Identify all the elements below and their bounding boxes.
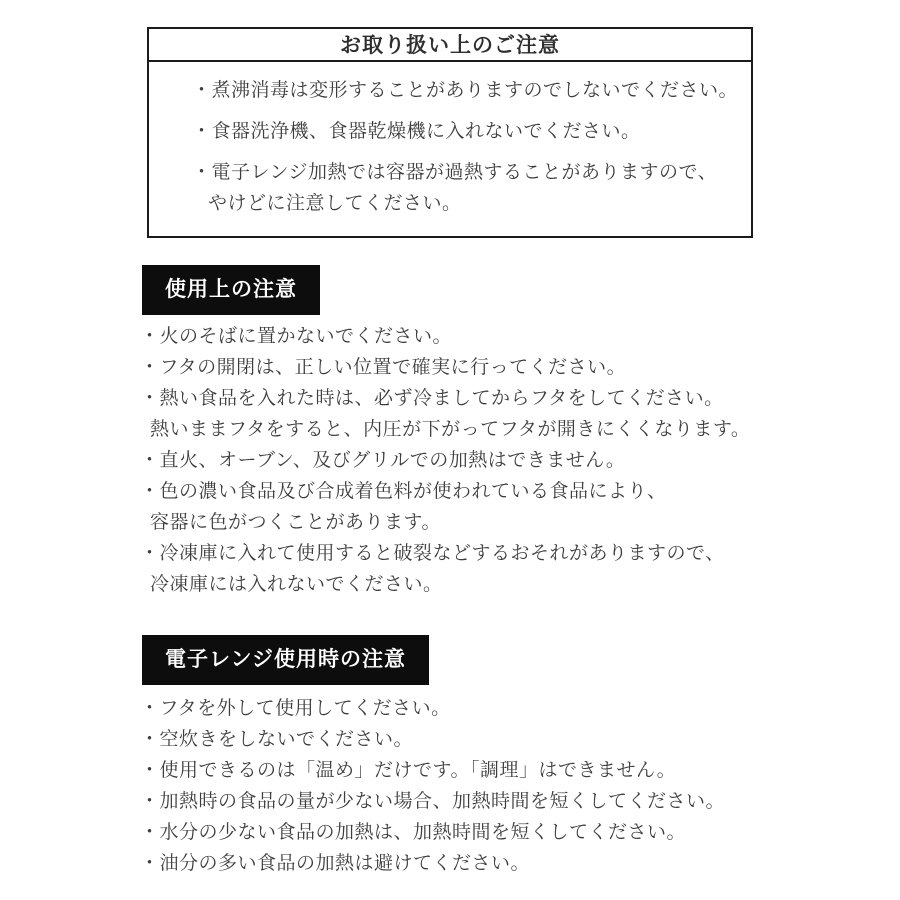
list-item: ・熱い食品を入れた時は、必ず冷ましてからフタをしてください。 熱いままフタをする…	[140, 383, 780, 445]
list-item-line: ・加熱時の食品の量が少ない場合、加熱時間を短くしてください。	[140, 786, 780, 817]
usage-notice-list: ・火のそばに置かないでください。 ・フタの開閉は、正しい位置で確実に行ってくださ…	[140, 321, 780, 600]
list-item-line: ・水分の少ない食品の加熱は、加熱時間を短くしてください。	[140, 817, 780, 848]
list-item-line: ・使用できるのは「温め」だけです。「調理」はできません。	[140, 755, 780, 786]
list-item: ・直火、オーブン、及びグリルでの加熱はできません。	[140, 445, 780, 476]
list-item: ・油分の多い食品の加熱は避けてください。	[140, 848, 780, 879]
list-item-line: ・空炊きをしないでください。	[140, 724, 780, 755]
list-item: ・冷凍庫に入れて使用すると破裂などするおそれがありますので、 冷凍庫には入れない…	[140, 538, 780, 600]
handling-caution-box: お取り扱い上のご注意 ・煮沸消毒は変形することがありますのでしないでください。 …	[147, 27, 753, 238]
list-item-line-continuation: 冷凍庫には入れないでください。	[140, 569, 780, 600]
list-item-line: ・煮沸消毒は変形することがありますのでしないでください。	[192, 75, 733, 106]
list-item-line: ・冷凍庫に入れて使用すると破裂などするおそれがありますので、	[140, 538, 780, 569]
list-item: ・加熱時の食品の量が少ない場合、加熱時間を短くしてください。	[140, 786, 780, 817]
list-item-line: ・フタの開閉は、正しい位置で確実に行ってください。	[140, 352, 780, 383]
list-item: ・電子レンジ加熱では容器が過熱することがありますので、 やけどに注意してください…	[192, 157, 733, 219]
list-item-line-continuation: 熱いままフタをすると、内圧が下がってフタが開きにくくなります。	[140, 414, 780, 445]
list-item: ・フタを外して使用してください。	[140, 693, 780, 724]
usage-section-label: 使用上の注意	[142, 265, 320, 315]
list-item: ・火のそばに置かないでください。	[140, 321, 780, 352]
list-item: ・使用できるのは「温め」だけです。「調理」はできません。	[140, 755, 780, 786]
list-item: ・食器洗浄機、食器乾燥機に入れないでください。	[192, 116, 733, 147]
list-item-line: ・フタを外して使用してください。	[140, 693, 780, 724]
microwave-section-label: 電子レンジ使用時の注意	[142, 635, 429, 685]
list-item-line: ・油分の多い食品の加熱は避けてください。	[140, 848, 780, 879]
list-item: ・水分の少ない食品の加熱は、加熱時間を短くしてください。	[140, 817, 780, 848]
list-item: ・フタの開閉は、正しい位置で確実に行ってください。	[140, 352, 780, 383]
handling-box-body: ・煮沸消毒は変形することがありますのでしないでください。 ・食器洗浄機、食器乾燥…	[149, 62, 751, 219]
list-item: ・煮沸消毒は変形することがありますのでしないでください。	[192, 75, 733, 106]
handling-box-title: お取り扱い上のご注意	[149, 29, 751, 62]
list-item-line: ・直火、オーブン、及びグリルでの加熱はできません。	[140, 445, 780, 476]
list-item-line: ・食器洗浄機、食器乾燥機に入れないでください。	[192, 116, 733, 147]
list-item-line-continuation: 容器に色がつくことがあります。	[140, 507, 780, 538]
list-item-line: ・熱い食品を入れた時は、必ず冷ましてからフタをしてください。	[140, 383, 780, 414]
microwave-notice-list: ・フタを外して使用してください。 ・空炊きをしないでください。 ・使用できるのは…	[140, 693, 780, 879]
list-item-line: ・電子レンジ加熱では容器が過熱することがありますので、	[192, 157, 733, 188]
list-item: ・色の濃い食品及び合成着色料が使われている食品により、 容器に色がつくことがあり…	[140, 476, 780, 538]
list-item: ・空炊きをしないでください。	[140, 724, 780, 755]
list-item-line-continuation: やけどに注意してください。	[192, 188, 733, 219]
list-item-line: ・色の濃い食品及び合成着色料が使われている食品により、	[140, 476, 780, 507]
list-item-line: ・火のそばに置かないでください。	[140, 321, 780, 352]
